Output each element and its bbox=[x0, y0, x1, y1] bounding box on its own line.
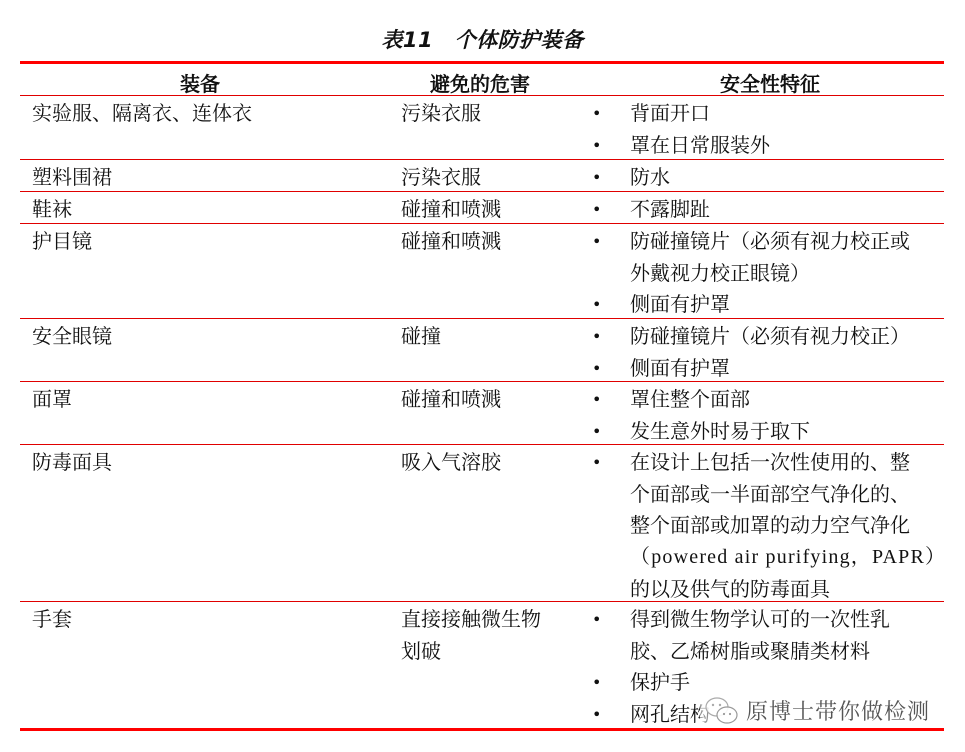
feature-bullet-item: •防碰撞镜片（必须有视力校正或外戴视力校正眼镜） bbox=[590, 226, 940, 289]
feature-text-line: 防碰撞镜片（必须有视力校正或 bbox=[630, 226, 940, 258]
feature-bullet-item: •在设计上包括一次性使用的、整个面部或一半面部空气净化的、整个面部或加罩的动力空… bbox=[590, 447, 940, 606]
cell-equipment: 实验服、隔离衣、连体衣 bbox=[32, 98, 252, 130]
table-row: 实验服、隔离衣、连体衣污染衣服•背面开口•罩在日常服装外 bbox=[20, 96, 944, 160]
cell-equipment: 护目镜 bbox=[32, 226, 92, 258]
header-features: 安全性特征 bbox=[720, 68, 820, 97]
feature-bullet-item: •侧面有护罩 bbox=[590, 353, 940, 385]
hazard-line: 碰撞 bbox=[401, 321, 571, 353]
feature-bullet-item: •侧面有护罩 bbox=[590, 289, 940, 321]
cell-hazard: 碰撞和喷溅 bbox=[401, 226, 571, 258]
feature-text-line: 不露脚趾 bbox=[630, 194, 940, 226]
feature-text-line: 防水 bbox=[630, 162, 940, 194]
table-header: 装备 避免的危害 安全性特征 bbox=[20, 64, 944, 96]
cell-features: •防碰撞镜片（必须有视力校正）•侧面有护罩 bbox=[590, 321, 940, 384]
bullet-icon: • bbox=[592, 226, 601, 258]
cell-equipment: 安全眼镜 bbox=[32, 321, 112, 353]
cell-equipment: 手套 bbox=[32, 604, 72, 636]
cell-hazard: 污染衣服 bbox=[401, 162, 571, 194]
table-row: 面罩碰撞和喷溅•罩住整个面部•发生意外时易于取下 bbox=[20, 382, 944, 445]
feature-text-line: 外戴视力校正眼镜） bbox=[630, 258, 940, 290]
hazard-line: 碰撞和喷溅 bbox=[401, 194, 571, 226]
feature-bullet-item: •防水 bbox=[590, 162, 940, 194]
feature-text-line: 的以及供气的防毒面具 bbox=[630, 574, 940, 606]
bullet-icon: • bbox=[592, 604, 601, 636]
feature-text-line: 个面部或一半面部空气净化的、 bbox=[630, 479, 940, 511]
cell-features: •防碰撞镜片（必须有视力校正或外戴视力校正眼镜）•侧面有护罩 bbox=[590, 226, 940, 321]
cell-features: •在设计上包括一次性使用的、整个面部或一半面部空气净化的、整个面部或加罩的动力空… bbox=[590, 447, 940, 606]
cell-equipment: 鞋袜 bbox=[32, 194, 72, 226]
bullet-icon: • bbox=[592, 289, 601, 321]
bullet-icon: • bbox=[592, 447, 601, 479]
table-row: 防毒面具吸入气溶胶•在设计上包括一次性使用的、整个面部或一半面部空气净化的、整个… bbox=[20, 445, 944, 602]
hazard-line: 吸入气溶胶 bbox=[401, 447, 571, 479]
cell-hazard: 碰撞和喷溅 bbox=[401, 384, 571, 416]
ppe-table: 装备 避免的危害 安全性特征 实验服、隔离衣、连体衣污染衣服•背面开口•罩在日常… bbox=[20, 61, 944, 731]
feature-text-line: 整个面部或加罩的动力空气净化 bbox=[630, 510, 940, 542]
cell-equipment: 塑料围裙 bbox=[32, 162, 112, 194]
hazard-line: 直接接触微生物 bbox=[401, 604, 571, 636]
table-row: 鞋袜碰撞和喷溅•不露脚趾 bbox=[20, 192, 944, 224]
table-row: 安全眼镜碰撞•防碰撞镜片（必须有视力校正）•侧面有护罩 bbox=[20, 319, 944, 382]
feature-bullet-item: •发生意外时易于取下 bbox=[590, 416, 940, 448]
watermark: 原博士带你做检测 bbox=[700, 695, 930, 726]
feature-text-line: 罩在日常服装外 bbox=[630, 130, 940, 162]
bullet-icon: • bbox=[592, 194, 601, 226]
cell-features: •不露脚趾 bbox=[590, 194, 940, 226]
table-row: 护目镜碰撞和喷溅•防碰撞镜片（必须有视力校正或外戴视力校正眼镜）•侧面有护罩 bbox=[20, 224, 944, 319]
cell-hazard: 直接接触微生物划破 bbox=[401, 604, 571, 667]
feature-bullet-item: •背面开口 bbox=[590, 98, 940, 130]
feature-text-line: 在设计上包括一次性使用的、整 bbox=[630, 447, 940, 479]
feature-text-line: 胶、乙烯树脂或聚腈类材料 bbox=[630, 636, 940, 668]
cell-hazard: 碰撞 bbox=[401, 321, 571, 353]
cell-features: •罩住整个面部•发生意外时易于取下 bbox=[590, 384, 940, 447]
bullet-icon: • bbox=[592, 353, 601, 385]
hazard-line: 污染衣服 bbox=[401, 162, 571, 194]
hazard-line: 碰撞和喷溅 bbox=[401, 226, 571, 258]
cell-equipment: 防毒面具 bbox=[32, 447, 112, 479]
cell-equipment: 面罩 bbox=[32, 384, 72, 416]
cell-hazard: 吸入气溶胶 bbox=[401, 447, 571, 479]
feature-bullet-item: •得到微生物学认可的一次性乳胶、乙烯树脂或聚腈类材料 bbox=[590, 604, 940, 667]
feature-text-line: 罩住整个面部 bbox=[630, 384, 940, 416]
hazard-line: 碰撞和喷溅 bbox=[401, 384, 571, 416]
feature-bullet-item: •不露脚趾 bbox=[590, 194, 940, 226]
bullet-icon: • bbox=[592, 667, 601, 699]
hazard-line: 划破 bbox=[401, 636, 571, 668]
feature-text-line: 背面开口 bbox=[630, 98, 940, 130]
bullet-icon: • bbox=[592, 416, 601, 448]
table-row: 塑料围裙污染衣服•防水 bbox=[20, 160, 944, 192]
bullet-icon: • bbox=[592, 98, 601, 130]
feature-text-line: 得到微生物学认可的一次性乳 bbox=[630, 604, 940, 636]
feature-text-line: 发生意外时易于取下 bbox=[630, 416, 940, 448]
feature-text-line: 侧面有护罩 bbox=[630, 289, 940, 321]
feature-bullet-item: •罩在日常服装外 bbox=[590, 130, 940, 162]
feature-text-line: （powered air purifying，PAPR） bbox=[630, 542, 940, 574]
bullet-icon: • bbox=[592, 384, 601, 416]
hazard-line: 污染衣服 bbox=[401, 98, 571, 130]
cell-features: •防水 bbox=[590, 162, 940, 194]
feature-bullet-item: •罩住整个面部 bbox=[590, 384, 940, 416]
table-title: 表11 个体防护装备 bbox=[0, 24, 965, 54]
watermark-text: 原博士带你做检测 bbox=[746, 695, 930, 726]
wechat-icon bbox=[704, 696, 740, 726]
feature-text-line: 防碰撞镜片（必须有视力校正） bbox=[630, 321, 940, 353]
cell-hazard: 碰撞和喷溅 bbox=[401, 194, 571, 226]
feature-bullet-item: •防碰撞镜片（必须有视力校正） bbox=[590, 321, 940, 353]
feature-text-line: 侧面有护罩 bbox=[630, 353, 940, 385]
cell-features: •背面开口•罩在日常服装外 bbox=[590, 98, 940, 161]
bullet-icon: • bbox=[592, 130, 601, 162]
cell-hazard: 污染衣服 bbox=[401, 98, 571, 130]
bullet-icon: • bbox=[592, 321, 601, 353]
bullet-icon: • bbox=[592, 162, 601, 194]
header-hazard: 避免的危害 bbox=[430, 68, 530, 97]
header-equipment: 装备 bbox=[180, 68, 220, 97]
bullet-icon: • bbox=[592, 699, 601, 731]
